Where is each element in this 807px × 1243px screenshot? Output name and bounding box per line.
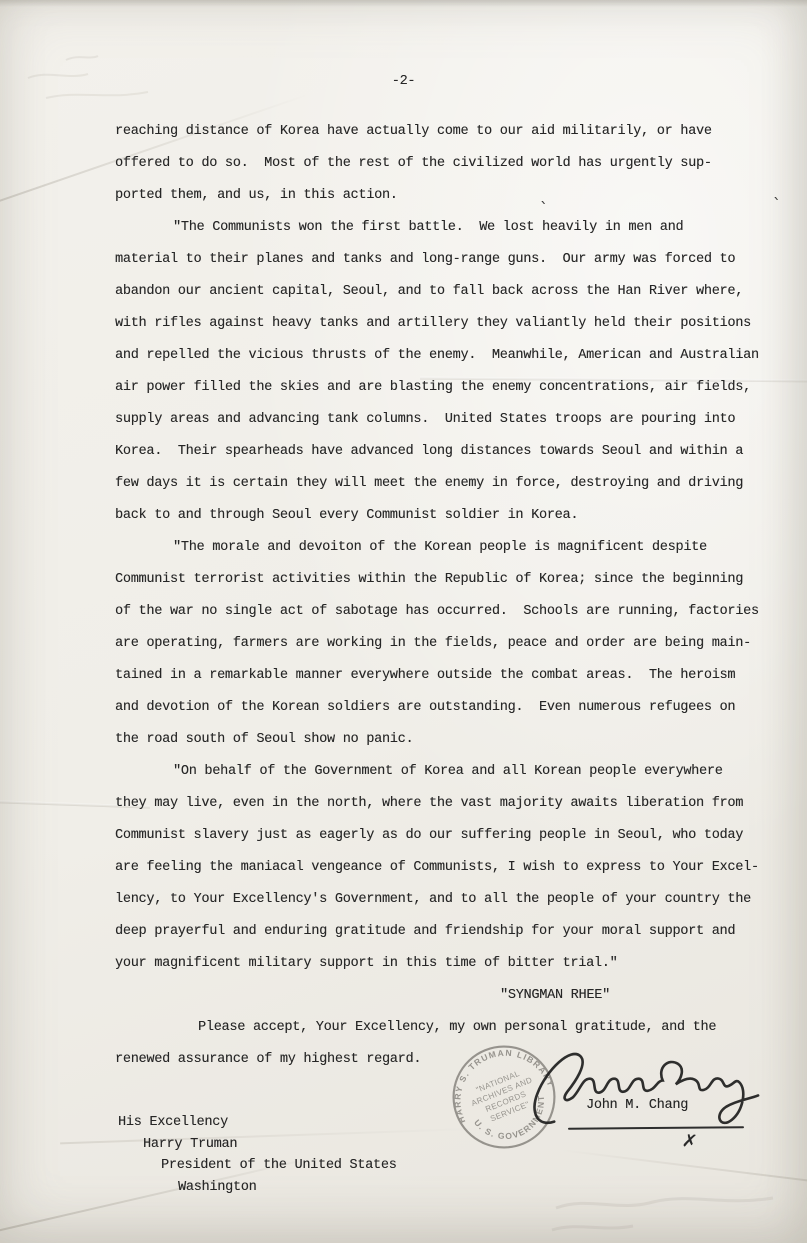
text-line: Washington (178, 1177, 397, 1199)
text-line: lency, to Your Excellency's Government, … (115, 884, 759, 916)
pencil-smudge (18, 30, 268, 110)
text-line: supply areas and advancing tank columns.… (115, 404, 759, 436)
text-line: your magnificent military support in thi… (115, 948, 759, 980)
text-line: with rifles against heavy tanks and arti… (115, 308, 759, 340)
text-line: "The Communists won the first battle. We… (115, 212, 759, 244)
paper-crease (561, 1149, 807, 1183)
text-line: His Excellency (118, 1112, 397, 1134)
paragraph: "The morale and devoiton of the Korean p… (115, 532, 759, 756)
signature-typed-name: John M. Chang (586, 1096, 688, 1116)
text-line: President of the United States (161, 1155, 397, 1177)
text-line: abandon our ancient capital, Seoul, and … (115, 276, 759, 308)
text-line: of the war no single act of sabotage has… (115, 596, 759, 628)
letter-page: -2- reaching distance of Korea have actu… (0, 0, 807, 1243)
page-number: -2- (0, 72, 807, 92)
text-line: Communist terrorist activities within th… (115, 564, 759, 596)
text-line: back to and through Seoul every Communis… (115, 500, 759, 532)
paragraph: "The Communists won the first battle. We… (115, 212, 759, 532)
text-line: are feeling the maniacal vengeance of Co… (115, 852, 759, 884)
text-line: offered to do so. Most of the rest of th… (115, 148, 759, 180)
text-line: the road south of Seoul show no panic. (115, 724, 759, 756)
letter-body: reaching distance of Korea have actually… (115, 116, 759, 980)
paragraph: reaching distance of Korea have actually… (115, 116, 759, 212)
text-line: Harry Truman (143, 1134, 397, 1156)
text-line: and repelled the vicious thrusts of the … (115, 340, 759, 372)
text-line: they may live, even in the north, where … (115, 788, 759, 820)
paragraph: "On behalf of the Government of Korea an… (115, 756, 759, 980)
text-line: "On behalf of the Government of Korea an… (115, 756, 759, 788)
text-line: deep prayerful and enduring gratitude an… (115, 916, 759, 948)
text-line: and devotion of the Korean soldiers are … (115, 692, 759, 724)
recipient-address-block: His ExcellencyHarry TrumanPresident of t… (118, 1112, 397, 1198)
pen-tick-icon: ˋ (773, 200, 781, 210)
text-line: material to their planes and tanks and l… (115, 244, 759, 276)
text-line: "The morale and devoiton of the Korean p… (115, 532, 759, 564)
text-line: Korea. Their spearheads have advanced lo… (115, 436, 759, 468)
text-line: few days it is certain they will meet th… (115, 468, 759, 500)
pen-tick-icon: ˋ (540, 204, 548, 214)
pencil-smudge (548, 1178, 783, 1238)
text-line: ported them, and us, in this action. (115, 180, 759, 212)
text-line: reaching distance of Korea have actually… (115, 116, 759, 148)
text-line: air power filled the skies and are blast… (115, 372, 759, 404)
x-mark-icon: ✗ (681, 1132, 698, 1152)
attribution-line: "SYNGMAN RHEE" (500, 980, 610, 1012)
text-line: are operating, farmers are working in th… (115, 628, 759, 660)
text-line: tained in a remarkable manner everywhere… (115, 660, 759, 692)
text-line: Communist slavery just as eagerly as do … (115, 820, 759, 852)
